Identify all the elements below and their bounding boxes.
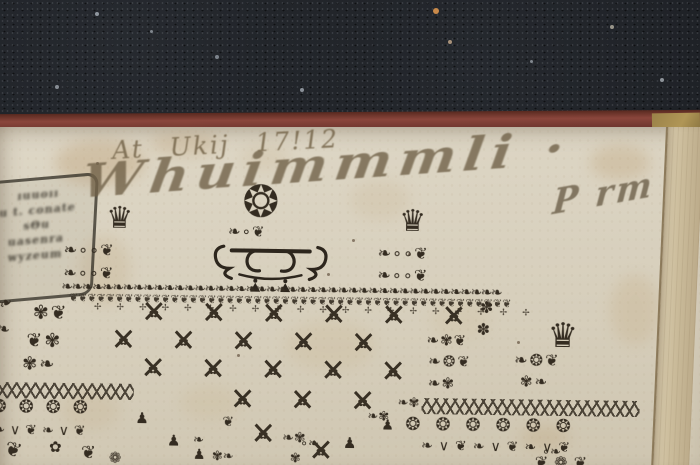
right-spray-row-1: ❧∘∘❦ <box>378 245 429 262</box>
right-crown-scroll-row: ❧❂❦ <box>514 352 560 369</box>
crown-ornament-right: ♛ <box>547 319 578 353</box>
right-spray-mid-2: ❧✾ <box>428 376 455 391</box>
crowned-ring-row-right: ❂❂❂❂❂❂ <box>405 416 586 437</box>
right-scroll-ring-row: ❧❂❦ <box>428 354 472 370</box>
bell-ornament: ♟ <box>167 433 181 448</box>
floret-glyph: ✿ <box>303 433 339 465</box>
lattice-cross-ornament: ✕✿ <box>303 433 339 465</box>
lattice-cross-ornament: ✕✿ <box>135 351 171 387</box>
right-crown-spray-row: ✾❧ <box>520 374 549 389</box>
right-leaf-pair-2: ✽ <box>477 322 491 338</box>
foliate-spray: ❧ <box>193 434 204 447</box>
corner-blob: ❦ <box>81 444 96 462</box>
bell-ornament: ♟ <box>135 411 149 426</box>
left-margin-scroll-2: ❧ <box>0 320 11 338</box>
bell-ornament: ♟ <box>343 436 357 451</box>
foliate-spray: ❧✾ <box>398 397 420 410</box>
sunburst-ornament: ❂ <box>242 180 279 225</box>
floret-glyph: ✿ <box>436 299 472 335</box>
foliate-spray: ∘❧ <box>542 446 561 459</box>
photo-of-book-page: ıuuoııu t. conatesΘuuasenrawyzeum At Uki… <box>0 0 700 465</box>
chevron-band <box>0 382 134 400</box>
lattice-cross-ornament: ✕✿ <box>284 383 320 419</box>
corner-blob: ❁ <box>109 451 122 465</box>
crown-ornament-center-right: ♛ <box>399 207 426 237</box>
left-spray-row-1: ❧∘∘❦ <box>64 242 115 259</box>
floret-glyph: ✿ <box>224 382 260 418</box>
floret-glyph: ✿ <box>284 383 320 419</box>
left-foliate-spray-3: ✾❧ <box>22 355 56 373</box>
ornament-block: ♛♛♛❂❧∘❦❧∘∘❦❧∘∘❦❧∘∘❦❧∘∘❦❧❧❧❧❧❧❧❧❧❧❧❧❧❧❧❧❧… <box>0 0 700 465</box>
bell-ornament: ♟ <box>193 448 206 462</box>
right-spray-row-2: ❧∘∘❦ <box>377 267 428 284</box>
corner-blob: ✿ <box>49 440 62 455</box>
lattice-cross-ornament: ✕✿ <box>344 384 380 420</box>
floret-glyph: ✿ <box>135 351 171 387</box>
lattice-cross-ornament: ✕✿ <box>224 382 260 418</box>
left-margin-scroll-1: ❧ <box>0 293 15 313</box>
lattice-cross-ornament: ✕✿ <box>245 417 281 453</box>
floret-glyph: ✿ <box>344 384 380 420</box>
left-foliate-spray-1: ✾❦ <box>33 304 69 323</box>
foliate-spray: ✾❧ <box>212 450 234 463</box>
crown-ornament-left: ♛ <box>106 204 133 234</box>
right-leaf-pair-1: ✽ <box>480 300 494 316</box>
lattice-cross-ornament: ✕✿ <box>436 299 472 335</box>
crowned-ring-row-left: ❂❂❂❂ <box>0 398 100 418</box>
spray-under-sunburst: ❧∘❦ <box>228 224 266 240</box>
left-foliate-spray-2: ❦✾ <box>26 331 62 350</box>
chevron-band <box>421 398 639 417</box>
foliate-spray: ✾ <box>290 452 301 465</box>
corner-blob: ❦ <box>3 437 25 461</box>
floret-glyph: ✿ <box>245 417 281 453</box>
